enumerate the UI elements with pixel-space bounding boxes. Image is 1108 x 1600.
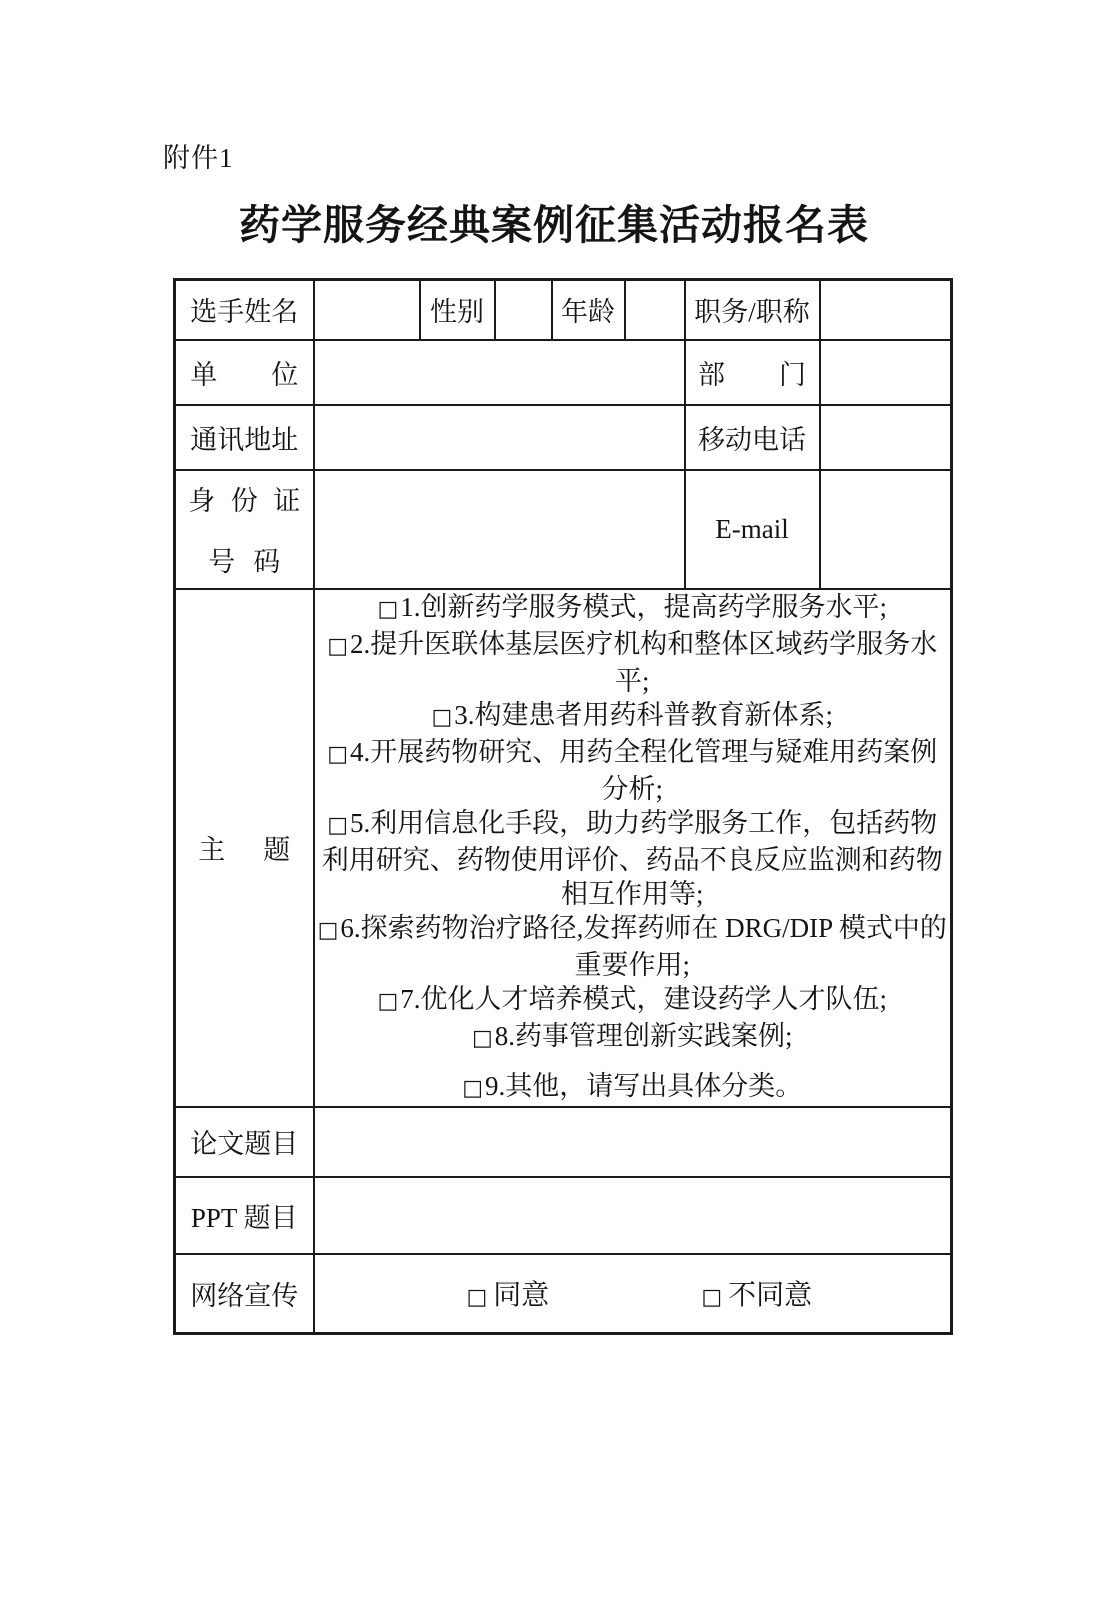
theme-option-text: 3.构建患者用药科普教育新体系; — [454, 700, 833, 730]
publicity-label: 网络宣传 — [175, 1254, 314, 1334]
position-label: 职务/职称 — [685, 280, 820, 340]
unit-label: 单位 — [175, 340, 314, 405]
theme-option-text: 4.开展药物研究、用药全程化管理与疑难用药案例分析; — [350, 737, 937, 804]
ppt-title-input-cell[interactable] — [314, 1177, 952, 1254]
row-contestant: 选手姓名 性别 年龄 职务/职称 — [175, 280, 952, 340]
theme-option-text: 5.利用信息化手段，助力药学服务工作，包括药物利用研究、药物使用评价、药品不良反… — [322, 808, 943, 909]
unit-input-cell[interactable] — [314, 340, 685, 405]
row-publicity: 网络宣传 □同意 □不同意 — [175, 1254, 952, 1334]
dept-input-cell[interactable] — [820, 340, 952, 405]
email-label: E-mail — [685, 470, 820, 589]
address-label: 通讯地址 — [175, 405, 314, 470]
gender-input-cell[interactable] — [495, 280, 552, 340]
checkbox-icon[interactable]: □ — [327, 630, 348, 664]
checkbox-icon[interactable]: □ — [377, 593, 398, 627]
age-input-cell[interactable] — [625, 280, 685, 340]
checkbox-icon[interactable]: □ — [472, 1022, 493, 1056]
agree-option: □同意 — [467, 1273, 550, 1313]
theme-option-text: 9.其他，请写出具体分类。 — [485, 1071, 802, 1101]
age-label: 年龄 — [552, 280, 625, 340]
agree-label: 同意 — [493, 1280, 549, 1311]
mobile-input-cell[interactable] — [820, 405, 952, 470]
checkbox-icon[interactable]: □ — [318, 914, 339, 948]
theme-option-5: □5.利用信息化手段，助力药学服务工作，包括药物利用研究、药物使用评价、药品不良… — [315, 806, 951, 911]
theme-option-6: □6.探索药物治疗路径,发挥药师在 DRG/DIP 模式中的重要作用; — [315, 911, 951, 982]
disagree-option: □不同意 — [701, 1273, 812, 1313]
document-page: 附件1 药学服务经典案例征集活动报名表 选手姓名 性别 年龄 职务/职称 单位 — [0, 0, 1108, 1600]
theme-options-cell: □1.创新药学服务模式，提高药学服务水平; □2.提升医联体基层医疗机构和整体区… — [314, 589, 952, 1107]
id-number-input-cell[interactable] — [314, 470, 685, 589]
theme-option-text: 1.创新药学服务模式，提高药学服务水平; — [400, 592, 887, 622]
row-ppt-title: PPT 题目 — [175, 1177, 952, 1254]
dept-label: 部门 — [685, 340, 820, 405]
contestant-name-label: 选手姓名 — [175, 280, 314, 340]
row-theme: 主题 □1.创新药学服务模式，提高药学服务水平; □2.提升医联体基层医疗机构和… — [175, 589, 952, 1107]
theme-option-7: □7.优化人才培养模式，建设药学人才队伍; — [315, 982, 951, 1019]
row-paper-title: 论文题目 — [175, 1107, 952, 1177]
publicity-options: □同意 □不同意 — [315, 1273, 951, 1313]
email-input-cell[interactable] — [820, 470, 952, 589]
theme-option-9: □9.其他，请写出具体分类。 — [315, 1069, 951, 1106]
paper-title-input-cell[interactable] — [314, 1107, 952, 1177]
theme-option-text: 7.优化人才培养模式，建设药学人才队伍; — [400, 984, 887, 1014]
address-input-cell[interactable] — [314, 405, 685, 470]
checkbox-icon[interactable]: □ — [377, 985, 398, 1019]
theme-option-8: □8.药事管理创新实践案例; — [315, 1019, 951, 1056]
theme-option-text: 8.药事管理创新实践案例; — [495, 1021, 793, 1051]
theme-option-2: □2.提升医联体基层医疗机构和整体区域药学服务水平; — [315, 627, 951, 698]
theme-option-text: 6.探索药物治疗路径,发挥药师在 DRG/DIP 模式中的重要作用; — [340, 913, 947, 980]
row-id-number: 身份证 号码 E-mail — [175, 470, 952, 589]
theme-option-3: □3.构建患者用药科普教育新体系; — [315, 698, 951, 735]
gender-label: 性别 — [420, 280, 495, 340]
checkbox-icon[interactable]: □ — [462, 1072, 483, 1106]
attachment-label: 附件1 — [163, 136, 234, 175]
page-title: 药学服务经典案例征集活动报名表 — [0, 192, 1108, 251]
theme-option-1: □1.创新药学服务模式，提高药学服务水平; — [315, 590, 951, 627]
paper-title-label: 论文题目 — [175, 1107, 314, 1177]
disagree-label: 不同意 — [728, 1280, 812, 1311]
theme-label: 主题 — [175, 589, 314, 1107]
row-unit: 单位 部门 — [175, 340, 952, 405]
agree-checkbox-icon[interactable]: □ — [467, 1285, 488, 1310]
row-address: 通讯地址 移动电话 — [175, 405, 952, 470]
theme-option-4: □4.开展药物研究、用药全程化管理与疑难用药案例分析; — [315, 735, 951, 806]
checkbox-icon[interactable]: □ — [327, 738, 348, 772]
theme-option-text: 2.提升医联体基层医疗机构和整体区域药学服务水平; — [350, 629, 937, 696]
mobile-label: 移动电话 — [685, 405, 820, 470]
position-input-cell[interactable] — [820, 280, 952, 340]
contestant-name-input-cell[interactable] — [314, 280, 420, 340]
checkbox-icon[interactable]: □ — [327, 809, 348, 843]
disagree-checkbox-icon[interactable]: □ — [701, 1285, 722, 1310]
publicity-options-cell: □同意 □不同意 — [314, 1254, 952, 1334]
id-number-label: 身份证 号码 — [175, 470, 314, 589]
ppt-title-label: PPT 题目 — [175, 1177, 314, 1254]
registration-form-table: 选手姓名 性别 年龄 职务/职称 单位 部门 通讯地址 移动电话 — [173, 278, 953, 1335]
checkbox-icon[interactable]: □ — [431, 701, 452, 735]
